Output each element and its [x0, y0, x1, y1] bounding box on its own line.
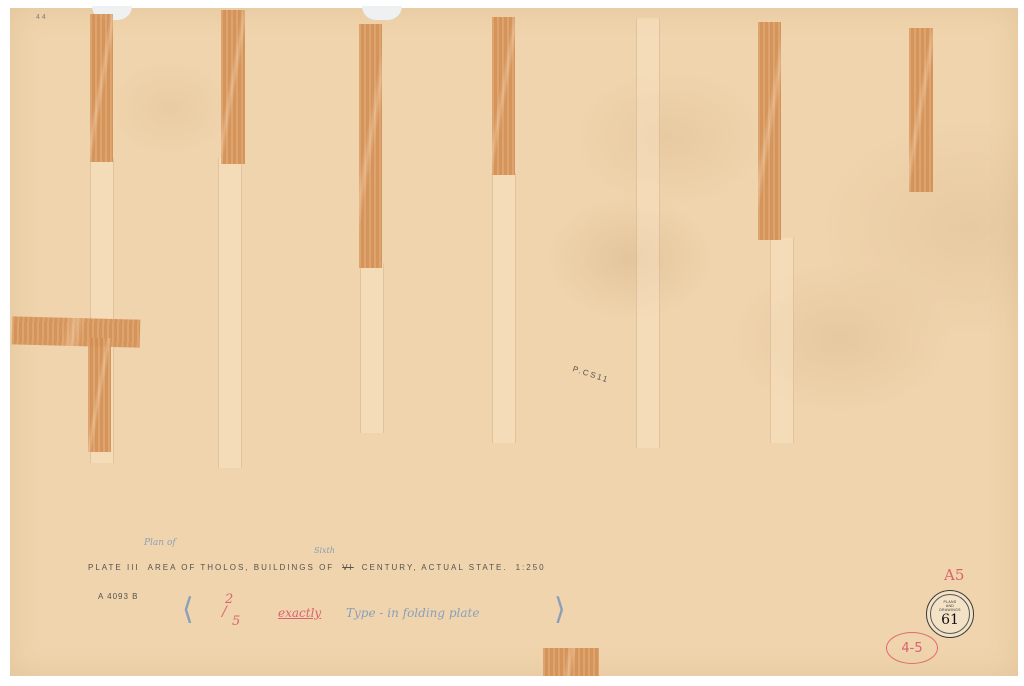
- insertion-plan-of: Plan of: [144, 538, 176, 548]
- caption-text-end: CENTURY, ACTUAL STATE.: [362, 563, 508, 572]
- note-text: Type - in folding plate: [346, 606, 479, 620]
- stamp-number: 61: [941, 612, 959, 628]
- agora-excavations-stamp: PLANS AND DRAWINGS 61: [926, 590, 974, 638]
- tape-residue: [218, 158, 242, 468]
- note-exactly: exactly: [278, 606, 321, 620]
- scale: 1:250: [516, 563, 546, 572]
- circled-number: 4-5: [886, 632, 938, 664]
- circled-number-text: 4-5: [901, 641, 922, 656]
- tape-strip: [492, 17, 515, 175]
- fraction-bar: /: [222, 604, 227, 620]
- tape-residue: [636, 18, 660, 448]
- tape-strip: [909, 28, 933, 192]
- tape-residue: [770, 238, 794, 443]
- tape-residue: [360, 263, 384, 433]
- right-angle-bracket: ⟩: [554, 592, 566, 627]
- struck-numeral: VI: [342, 563, 354, 572]
- plate-number: PLATE III: [88, 563, 140, 572]
- tape-strip: [88, 338, 111, 452]
- left-angle-bracket: ⟨: [182, 592, 194, 627]
- insertion-sixth: Sixth: [314, 546, 335, 555]
- tape-residue: [492, 173, 516, 443]
- caption-text: AREA OF THOLOS, BUILDINGS OF: [148, 563, 335, 572]
- paper-sheet: 44 P.CS11 Plan of Sixth PLATE III AREA O…: [10, 8, 1018, 676]
- tape-strip-horizontal: [12, 316, 141, 347]
- corner-mark: 44: [36, 14, 48, 21]
- tape-strip-bottom: [543, 648, 599, 676]
- red-mark-a5: A5: [944, 566, 964, 584]
- tape-strip: [221, 10, 245, 164]
- pencil-mark: P.CS11: [572, 364, 611, 384]
- tape-strip: [758, 22, 781, 240]
- fraction-denominator: 5: [232, 614, 240, 629]
- inventory-number: A 4093 B: [98, 592, 138, 601]
- tape-strip: [359, 24, 382, 268]
- top-notch: [362, 6, 402, 20]
- tape-strip: [90, 14, 113, 162]
- plate-caption: PLATE III AREA OF THOLOS, BUILDINGS OF V…: [88, 563, 546, 572]
